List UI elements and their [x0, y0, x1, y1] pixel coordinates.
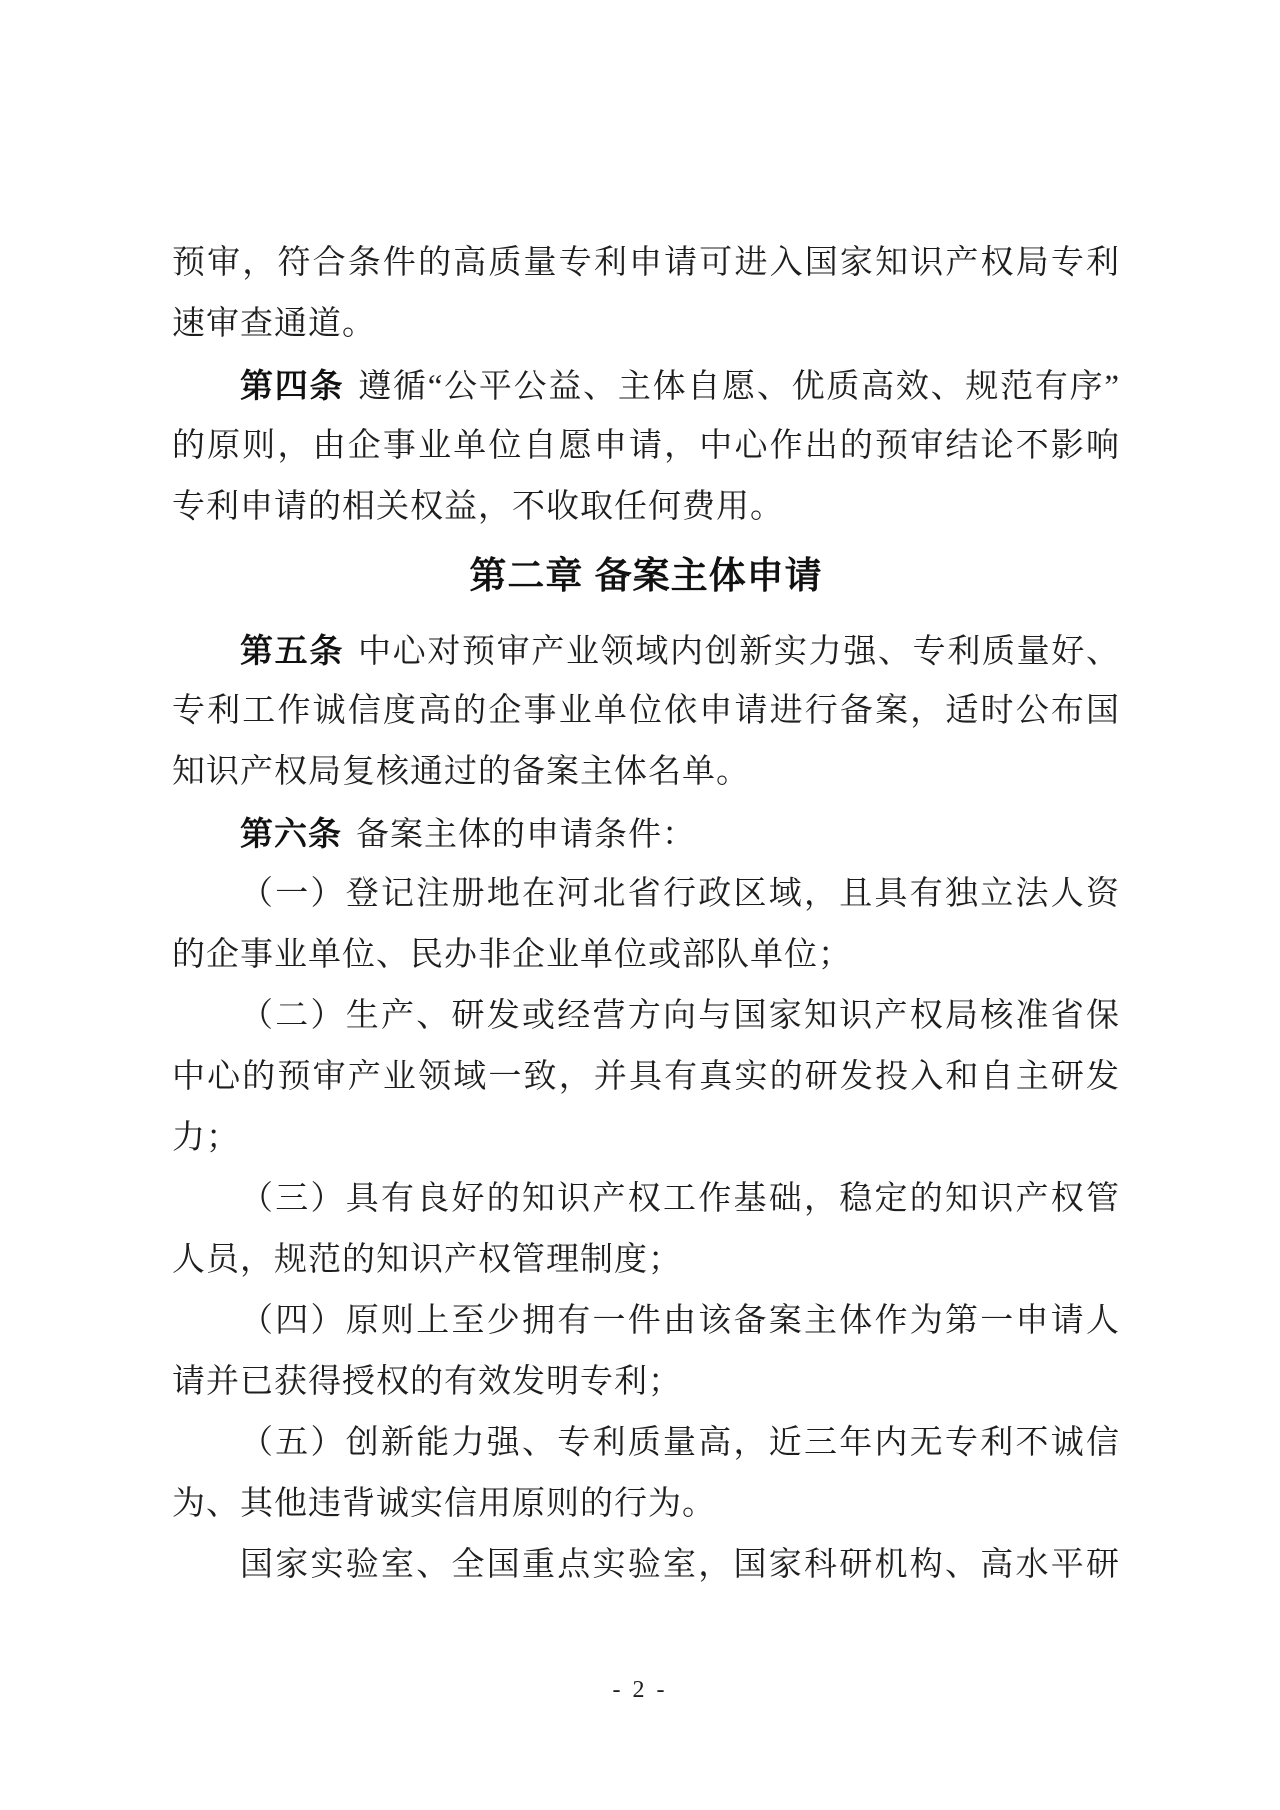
paragraph: 第四条遵循“公平公益、主体自愿、优质高效、规范有序”的原则，由企事业单位自愿申请… [172, 355, 1120, 538]
line-text: 中心对预审产业领域内创新实力强、专利质量好、 [358, 634, 1120, 670]
body-line: （三）具有良好的知识产权工作基础，稳定的知识产权管理 [172, 1169, 1120, 1230]
body-line: （五）创新能力强、专利质量高，近三年内无专利不诚信行 [172, 1413, 1120, 1474]
line-text: 遵循“公平公益、主体自愿、优质高效、规范有序” [358, 369, 1120, 405]
body-line: 预审，符合条件的高质量专利申请可进入国家知识产权局专利快 [172, 233, 1120, 294]
body-line: 的原则，由企事业单位自愿申请，中心作出的预审结论不影响其 [172, 416, 1120, 477]
document-body: 预审，符合条件的高质量专利申请可进入国家知识产权局专利快速审查通道。第四条遵循“… [172, 233, 1120, 1596]
body-line: 第六条备案主体的申请条件： [172, 803, 1120, 864]
body-line: （四）原则上至少拥有一件由该备案主体作为第一申请人申 [172, 1291, 1120, 1352]
body-line: 第五条中心对预审产业领域内创新实力强、专利质量好、 [172, 620, 1120, 681]
body-line: 国家实验室、全国重点实验室，国家科研机构、高水平研究 [172, 1535, 1120, 1596]
paragraph: （一）登记注册地在河北省行政区域，且具有独立法人资格的企事业单位、民办非企业单位… [172, 864, 1120, 986]
paragraph: （二）生产、研发或经营方向与国家知识产权局核准省保护中心的预审产业领域一致，并具… [172, 986, 1120, 1169]
body-line: 人员，规范的知识产权管理制度； [172, 1230, 1120, 1291]
article-number: 第五条 [240, 632, 344, 669]
line-text: 备案主体的申请条件： [356, 817, 696, 853]
body-line: 中心的预审产业领域一致，并具有真实的研发投入和自主研发能 [172, 1047, 1120, 1108]
document-page: 预审，符合条件的高质量专利申请可进入国家知识产权局专利快速审查通道。第四条遵循“… [0, 0, 1280, 1810]
page-number: - 2 - [0, 1674, 1280, 1706]
body-line: 知识产权局复核通过的备案主体名单。 [172, 742, 1120, 803]
body-line: 速审查通道。 [172, 294, 1120, 355]
paragraph: （四）原则上至少拥有一件由该备案主体作为第一申请人申请并已获得授权的有效发明专利… [172, 1291, 1120, 1413]
body-line: 的企事业单位、民办非企业单位或部队单位； [172, 925, 1120, 986]
article-number: 第六条 [240, 815, 342, 852]
body-line: 请并已获得授权的有效发明专利； [172, 1352, 1120, 1413]
paragraph: 第五条中心对预审产业领域内创新实力强、专利质量好、专利工作诚信度高的企事业单位依… [172, 620, 1120, 803]
paragraph: （五）创新能力强、专利质量高，近三年内无专利不诚信行为、其他违背诚实信用原则的行… [172, 1413, 1120, 1535]
body-line: 专利申请的相关权益，不收取任何费用。 [172, 477, 1120, 538]
body-line: （一）登记注册地在河北省行政区域，且具有独立法人资格 [172, 864, 1120, 925]
article-number: 第四条 [240, 367, 344, 404]
body-line: 力； [172, 1108, 1120, 1169]
body-line: 第四条遵循“公平公益、主体自愿、优质高效、规范有序” [172, 355, 1120, 416]
body-line: 专利工作诚信度高的企事业单位依申请进行备案，适时公布国家 [172, 681, 1120, 742]
paragraph: 国家实验室、全国重点实验室，国家科研机构、高水平研究 [172, 1535, 1120, 1596]
paragraph: 第六条备案主体的申请条件： [172, 803, 1120, 864]
chapter-heading: 第二章 备案主体申请 [172, 545, 1120, 606]
body-line: 为、其他违背诚实信用原则的行为。 [172, 1474, 1120, 1535]
body-line: （二）生产、研发或经营方向与国家知识产权局核准省保护 [172, 986, 1120, 1047]
paragraph: 预审，符合条件的高质量专利申请可进入国家知识产权局专利快速审查通道。 [172, 233, 1120, 355]
paragraph: （三）具有良好的知识产权工作基础，稳定的知识产权管理人员，规范的知识产权管理制度… [172, 1169, 1120, 1291]
